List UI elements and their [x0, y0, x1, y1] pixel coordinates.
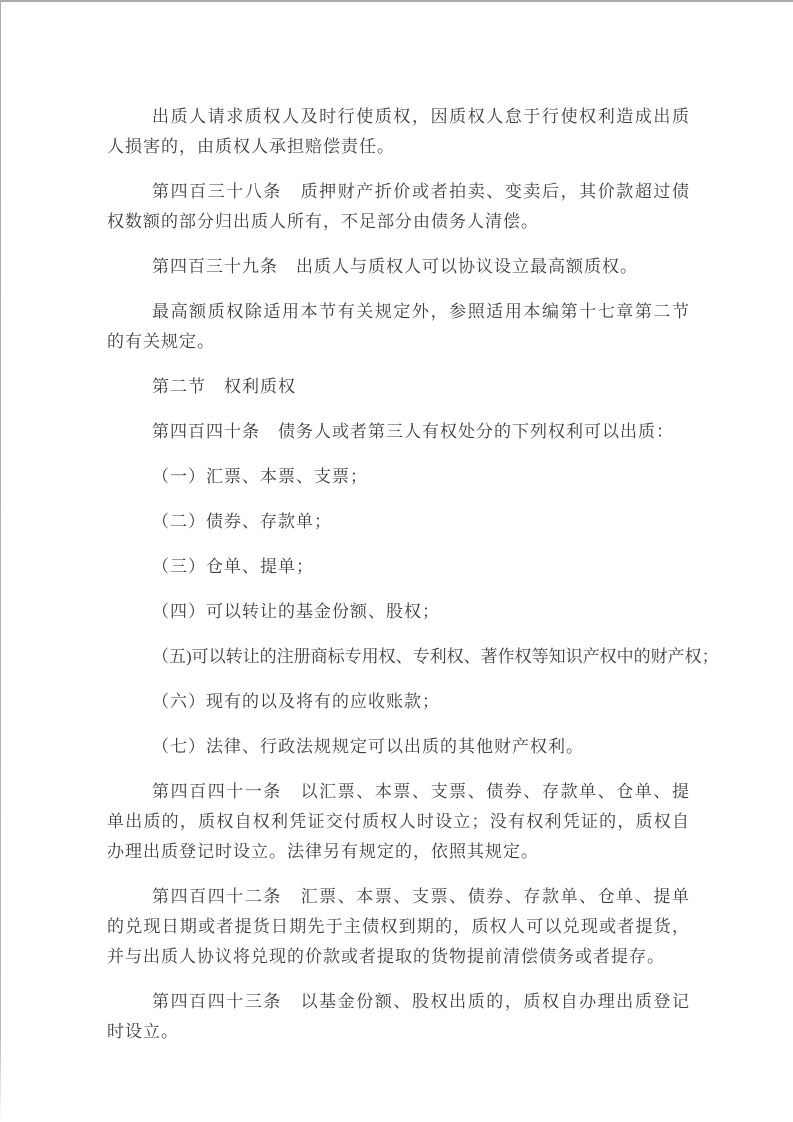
list-item-1: （一）汇票、本票、支票； [107, 462, 690, 492]
page-left-border [0, 0, 1, 1122]
paragraph-max-amount-pledge: 最高额质权除适用本节有关规定外，参照适用本编第十七章第二节的有关规定。 [107, 297, 690, 357]
section-heading-rights-pledge: 第二节 权利质权 [107, 372, 690, 402]
paragraph-article-439: 第四百三十九条 出质人与质权人可以协议设立最高额质权。 [107, 252, 690, 282]
list-item-4: （四）可以转让的基金份额、股权； [107, 597, 690, 627]
list-item-3: （三）仓单、提单； [107, 552, 690, 582]
paragraph-article-443: 第四百四十三条 以基金份额、股权出质的，质权自办理出质登记时设立。 [107, 987, 690, 1047]
list-item-6: （六）现有的以及将有的应收账款； [107, 687, 690, 717]
document-body: 出质人请求质权人及时行使质权，因质权人怠于行使权利造成出质人损害的，由质权人承担… [107, 102, 690, 1062]
list-item-2: （二）债券、存款单； [107, 507, 690, 537]
document-page: { "page": { "background_color": "#ffffff… [0, 0, 793, 1122]
paragraph-article-441: 第四百四十一条 以汇票、本票、支票、债券、存款单、仓单、提单出质的，质权自权利凭… [107, 777, 690, 867]
paragraph-article-440: 第四百四十条 债务人或者第三人有权处分的下列权利可以出质： [107, 417, 690, 447]
page-top-border [0, 0, 793, 2]
list-item-5: （五)可以转让的注册商标专用权、专利权、著作权等知识产权中的财产权； [107, 642, 690, 672]
paragraph-article-442: 第四百四十二条 汇票、本票、支票、债券、存款单、仓单、提单的兑现日期或者提货日期… [107, 882, 690, 972]
list-item-7: （七）法律、行政法规规定可以出质的其他财产权利。 [107, 732, 690, 762]
paragraph-article-438: 第四百三十八条 质押财产折价或者拍卖、变卖后，其价款超过债权数额的部分归出质人所… [107, 177, 690, 237]
paragraph-pledge-liability: 出质人请求质权人及时行使质权，因质权人怠于行使权利造成出质人损害的，由质权人承担… [107, 102, 690, 162]
